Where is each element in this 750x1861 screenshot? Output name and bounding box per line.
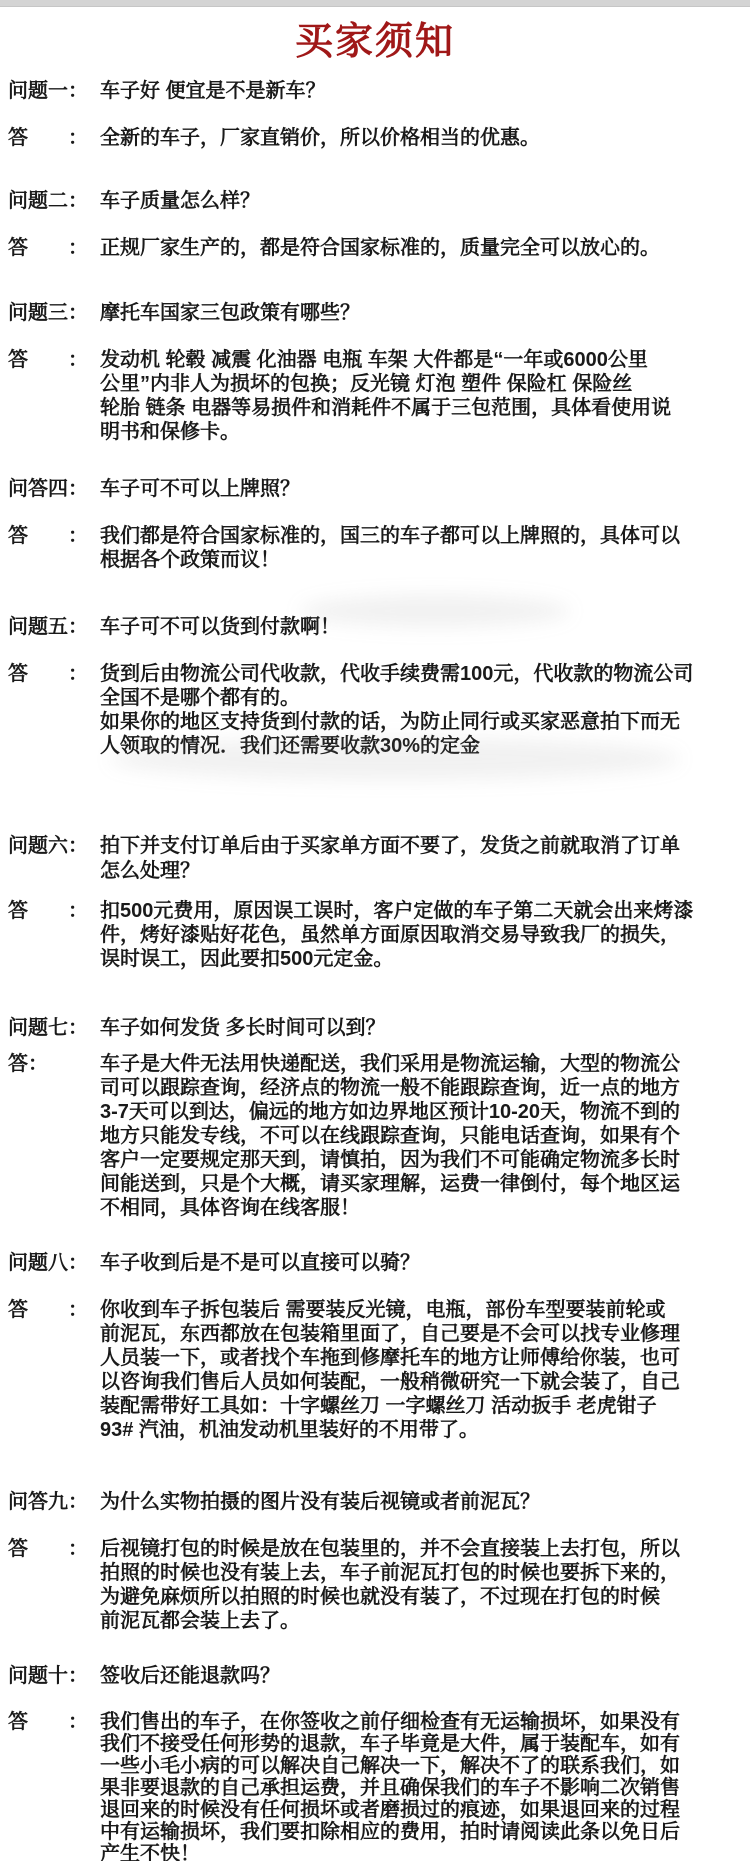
answer-row: 答 ：你收到车子拆包装后 需要装反光镜，电瓶，部份车型要装前轮或 前泥瓦，东西都… xyxy=(8,1298,744,1442)
qa-item: 问题三：摩托车国家三包政策有哪些？答 ：发动机 轮毂 减震 化油器 电瓶 车架 … xyxy=(8,301,744,444)
qa-item: 问题八：车子收到后是不是可以直接可以骑？答 ：你收到车子拆包装后 需要装反光镜，… xyxy=(8,1251,744,1442)
answer-label: 答 ： xyxy=(8,524,100,548)
question-row: 问题六：拍下并支付订单后由于买家单方面不要了，发货之前就取消了订单 怎么处理？ xyxy=(8,834,744,884)
question-text: 为什么实物拍摄的图片没有装后视镜或者前泥瓦？ xyxy=(100,1490,744,1515)
answer-label: 答 ： xyxy=(8,126,100,150)
question-label: 问题十： xyxy=(8,1664,100,1689)
answer-text: 我们售出的车子，在你签收之前仔细检查有无运输损坏，如果没有 我们不接受任何形势的… xyxy=(100,1711,744,1861)
answer-label: 答 ： xyxy=(8,1711,100,1733)
question-row: 问题五：车子可不可以货到付款啊！ xyxy=(8,615,744,640)
answer-label: 答 ： xyxy=(8,1298,100,1322)
answer-text: 发动机 轮毂 减震 化油器 电瓶 车架 大件都是“一年或6000公里 公里”内非… xyxy=(100,348,744,444)
answer-text: 正规厂家生产的，都是符合国家标准的，质量完全可以放心的。 xyxy=(100,236,744,260)
answer-label: 答 ： xyxy=(8,662,100,686)
question-text: 车子如何发货 多长时间可以到？ xyxy=(100,1016,744,1041)
answer-label: 答 ： xyxy=(8,348,100,372)
answer-row: 答：车子是大件无法用快递配送，我们采用是物流运输，大型的物流公 司可以跟踪查询，… xyxy=(8,1052,744,1220)
question-text: 拍下并支付订单后由于买家单方面不要了，发货之前就取消了订单 怎么处理？ xyxy=(100,834,744,884)
qa-item: 问题二：车子质量怎么样？答 ：正规厂家生产的，都是符合国家标准的，质量完全可以放… xyxy=(8,189,744,260)
answer-text: 你收到车子拆包装后 需要装反光镜，电瓶，部份车型要装前轮或 前泥瓦，东西都放在包… xyxy=(100,1298,744,1442)
question-row: 问题二：车子质量怎么样？ xyxy=(8,189,744,214)
question-row: 问题八：车子收到后是不是可以直接可以骑？ xyxy=(8,1251,744,1276)
question-label: 问题一： xyxy=(8,79,100,104)
answer-label: 答 ： xyxy=(8,899,100,923)
buyer-notice-document: 买家须知 问题一：车子好 便宜是不是新车？答 ：全新的车子，厂家直销价，所以价格… xyxy=(0,0,750,1861)
qa-item: 问题一：车子好 便宜是不是新车？答 ：全新的车子，厂家直销价，所以价格相当的优惠… xyxy=(8,79,744,150)
answer-row: 答 ：货到后由物流公司代收款，代收手续费需100元，代收款的物流公司 全国不是哪… xyxy=(8,662,744,758)
qa-item: 问题五：车子可不可以货到付款啊！答 ：货到后由物流公司代收款，代收手续费需100… xyxy=(8,615,744,758)
qa-item: 问题七：车子如何发货 多长时间可以到？答：车子是大件无法用快递配送，我们采用是物… xyxy=(8,1016,744,1220)
answer-row: 答 ：扣500元费用，原因误工误时，客户定做的车子第二天就会出来烤漆 件，烤好漆… xyxy=(8,899,744,971)
answer-text: 车子是大件无法用快递配送，我们采用是物流运输，大型的物流公 司可以跟踪查询，经济… xyxy=(100,1052,744,1220)
top-border-bar xyxy=(0,0,750,7)
qa-list: 问题一：车子好 便宜是不是新车？答 ：全新的车子，厂家直销价，所以价格相当的优惠… xyxy=(0,79,750,1861)
question-label: 问题三： xyxy=(8,301,100,326)
qa-item: 问题六：拍下并支付订单后由于买家单方面不要了，发货之前就取消了订单 怎么处理？答… xyxy=(8,834,744,971)
question-row: 问题十：签收后还能退款吗？ xyxy=(8,1664,744,1689)
answer-text: 扣500元费用，原因误工误时，客户定做的车子第二天就会出来烤漆 件，烤好漆贴好花… xyxy=(100,899,744,971)
answer-label: 答： xyxy=(8,1052,100,1076)
question-text: 车子质量怎么样？ xyxy=(100,189,744,214)
question-text: 摩托车国家三包政策有哪些？ xyxy=(100,301,744,326)
question-label: 问答九： xyxy=(8,1490,100,1515)
question-text: 签收后还能退款吗？ xyxy=(100,1664,744,1689)
question-row: 问答九：为什么实物拍摄的图片没有装后视镜或者前泥瓦？ xyxy=(8,1490,744,1515)
question-label: 问题七： xyxy=(8,1016,100,1041)
answer-row: 答 ：后视镜打包的时候是放在包装里的，并不会直接装上去打包，所以 拍照的时候也没… xyxy=(8,1537,744,1633)
answer-row: 答 ：我们售出的车子，在你签收之前仔细检查有无运输损坏，如果没有 我们不接受任何… xyxy=(8,1711,744,1861)
question-label: 问题六： xyxy=(8,834,100,859)
question-row: 问答四：车子可不可以上牌照？ xyxy=(8,477,744,502)
page-title: 买家须知 xyxy=(0,21,750,63)
answer-row: 答 ：发动机 轮毂 减震 化油器 电瓶 车架 大件都是“一年或6000公里 公里… xyxy=(8,348,744,444)
question-label: 问答四： xyxy=(8,477,100,502)
question-text: 车子可不可以货到付款啊！ xyxy=(100,615,744,640)
answer-text: 货到后由物流公司代收款，代收手续费需100元，代收款的物流公司 全国不是哪个都有… xyxy=(100,662,744,758)
question-text: 车子可不可以上牌照？ xyxy=(100,477,744,502)
answer-text: 我们都是符合国家标准的，国三的车子都可以上牌照的，具体可以 根据各个政策而议！ xyxy=(100,524,744,572)
answer-label: 答 ： xyxy=(8,236,100,260)
answer-text: 全新的车子，厂家直销价，所以价格相当的优惠。 xyxy=(100,126,744,150)
answer-row: 答 ：全新的车子，厂家直销价，所以价格相当的优惠。 xyxy=(8,126,744,150)
answer-row: 答 ：正规厂家生产的，都是符合国家标准的，质量完全可以放心的。 xyxy=(8,236,744,260)
question-text: 车子好 便宜是不是新车？ xyxy=(100,79,744,104)
question-text: 车子收到后是不是可以直接可以骑？ xyxy=(100,1251,744,1276)
question-row: 问题一：车子好 便宜是不是新车？ xyxy=(8,79,744,104)
answer-text: 后视镜打包的时候是放在包装里的，并不会直接装上去打包，所以 拍照的时候也没有装上… xyxy=(100,1537,744,1633)
qa-item: 问题十：签收后还能退款吗？答 ：我们售出的车子，在你签收之前仔细检查有无运输损坏… xyxy=(8,1664,744,1861)
answer-row: 答 ：我们都是符合国家标准的，国三的车子都可以上牌照的，具体可以 根据各个政策而… xyxy=(8,524,744,572)
question-row: 问题三：摩托车国家三包政策有哪些？ xyxy=(8,301,744,326)
answer-label: 答 ： xyxy=(8,1537,100,1561)
qa-item: 问答四：车子可不可以上牌照？答 ：我们都是符合国家标准的，国三的车子都可以上牌照… xyxy=(8,477,744,572)
question-label: 问题五： xyxy=(8,615,100,640)
question-row: 问题七：车子如何发货 多长时间可以到？ xyxy=(8,1016,744,1041)
question-label: 问题二： xyxy=(8,189,100,214)
qa-item: 问答九：为什么实物拍摄的图片没有装后视镜或者前泥瓦？答 ：后视镜打包的时候是放在… xyxy=(8,1490,744,1633)
question-label: 问题八： xyxy=(8,1251,100,1276)
